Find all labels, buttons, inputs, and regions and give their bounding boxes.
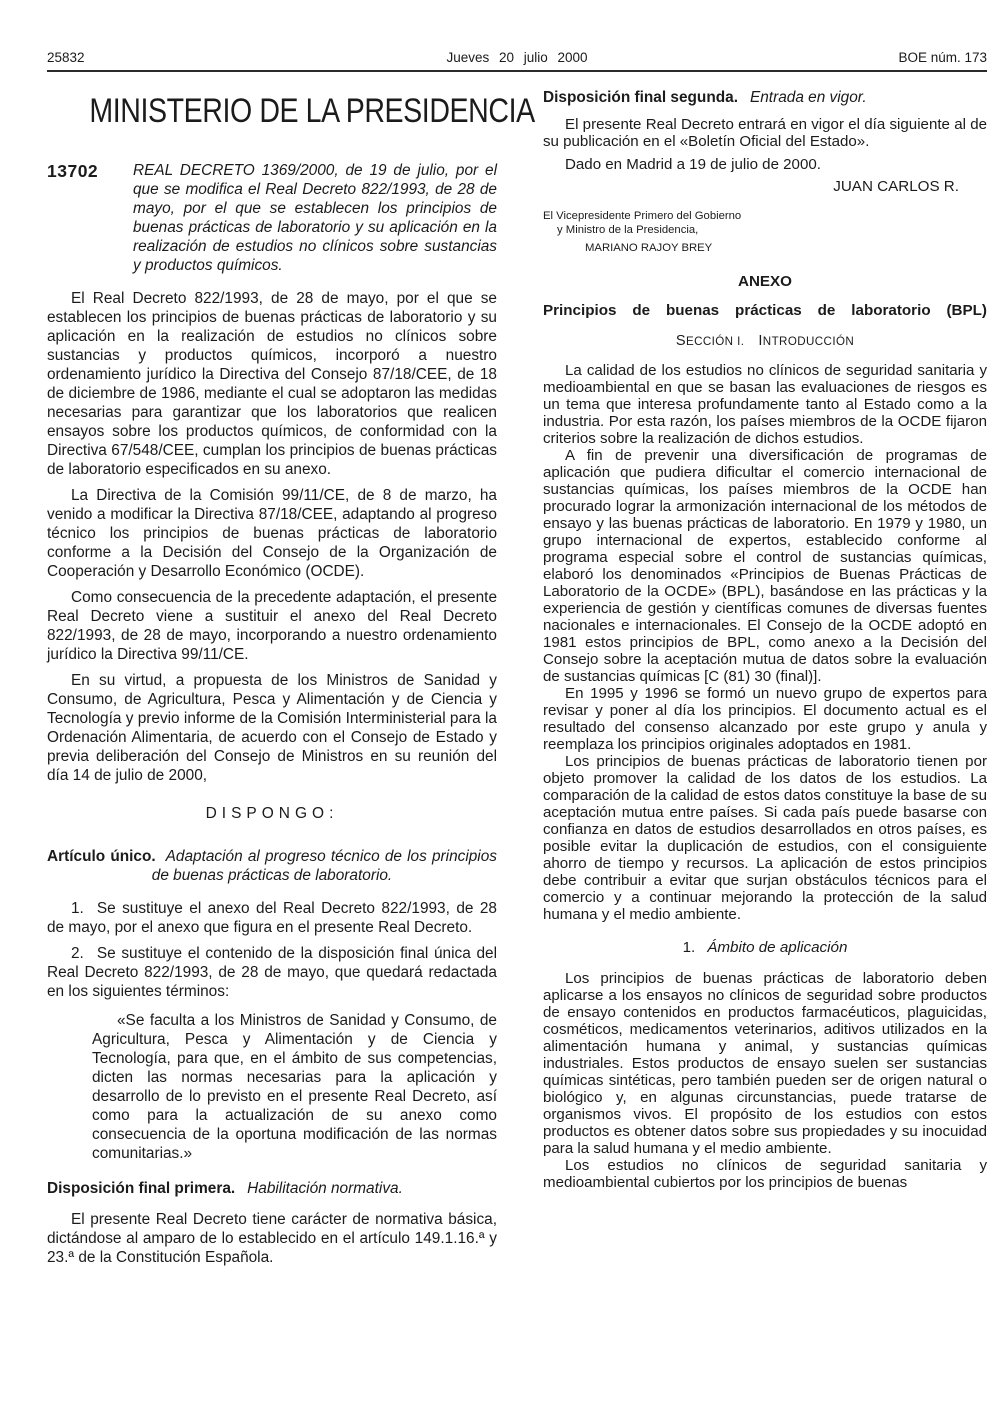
page-number: 25832 xyxy=(47,50,247,65)
countersignature-block: El Vicepresidente Primero del Gobierno y… xyxy=(543,209,987,255)
signer-role-line1: El Vicepresidente Primero del Gobierno xyxy=(543,209,987,223)
paragraph: Dado en Madrid a 19 de julio de 2000. xyxy=(543,156,987,173)
paragraph: Como consecuencia de la precedente adapt… xyxy=(47,588,497,664)
subsection-heading: 1.Ámbito de aplicación xyxy=(543,939,987,956)
subsection-number: 1. xyxy=(683,939,696,956)
ministry-title: MINISTERIO DE LA PRESIDENCIA xyxy=(47,92,497,131)
decree-title: REAL DECRETO 1369/2000, de 19 de julio, … xyxy=(133,161,497,275)
left-column: MINISTERIO DE LA PRESIDENCIA 13702 REAL … xyxy=(47,88,497,1267)
disposicion-label: Disposición final primera. xyxy=(47,1180,235,1197)
item-number: 1. xyxy=(71,900,84,917)
ministry-title-text: MINISTERIO DE LA PRESIDENCIA xyxy=(89,92,534,131)
numbered-paragraph: 1.Se sustituye el anexo del Real Decreto… xyxy=(47,899,497,937)
subsection-title: Ámbito de aplicación xyxy=(707,939,847,956)
header-rule xyxy=(47,70,987,72)
decree-heading: 13702 REAL DECRETO 1369/2000, de 19 de j… xyxy=(47,161,497,275)
signer-name: MARIANO RAJOY BREY xyxy=(543,241,987,255)
section-title: INTRODUCCIÓN xyxy=(758,333,854,349)
item-text: Se sustituye el anexo del Real Decreto 8… xyxy=(47,900,497,936)
paragraph: El presente Real Decreto tiene carácter … xyxy=(47,1210,497,1267)
boe-gazette-page: 25832 Jueves 20 julio 2000 BOE núm. 173 … xyxy=(0,0,1000,1417)
numbered-paragraph: 2.Se sustituye el contenido de la dispos… xyxy=(47,944,497,1001)
signer-role-line2: y Ministro de la Presidencia, xyxy=(543,223,987,237)
anexo-title: Principios de buenas prácticas de labora… xyxy=(543,302,987,319)
paragraph: La calidad de los estudios no clínicos d… xyxy=(543,362,987,447)
paragraph: En su virtud, a propuesta de los Ministr… xyxy=(47,671,497,785)
disposicion-final-primera-heading: Disposición final primera.Habilitación n… xyxy=(47,1179,497,1198)
disposicion-label: Disposición final segunda. xyxy=(543,89,738,106)
section-heading: SECCIÓN I.INTRODUCCIÓN xyxy=(543,333,987,349)
articulo-label: Artículo único. xyxy=(47,848,156,865)
articulo-unico-heading: Artículo único.Adaptación al progreso té… xyxy=(47,847,497,885)
royal-signature: JUAN CARLOS R. xyxy=(543,178,987,195)
paragraph: Los estudios no clínicos de seguridad sa… xyxy=(543,1157,987,1191)
right-column: Disposición final segunda.Entrada en vig… xyxy=(543,88,987,1267)
paragraph: El Real Decreto 822/1993, de 28 de mayo,… xyxy=(47,289,497,479)
paragraph: La Directiva de la Comisión 99/11/CE, de… xyxy=(47,486,497,581)
page-header: 25832 Jueves 20 julio 2000 BOE núm. 173 xyxy=(47,50,987,70)
paragraph: El presente Real Decreto entrará en vigo… xyxy=(543,116,987,150)
dispongo-heading: DISPONGO: xyxy=(47,805,497,823)
paragraph: Los principios de buenas prácticas de la… xyxy=(543,753,987,923)
paragraph: A fin de prevenir una diversificación de… xyxy=(543,447,987,685)
quoted-provision: «Se faculta a los Ministros de Sanidad y… xyxy=(92,1011,497,1163)
disposicion-final-segunda-heading: Disposición final segunda.Entrada en vig… xyxy=(543,88,987,107)
disposicion-title: Habilitación normativa. xyxy=(247,1180,403,1197)
paragraph: En 1995 y 1996 se formó un nuevo grupo d… xyxy=(543,685,987,753)
two-column-body: MINISTERIO DE LA PRESIDENCIA 13702 REAL … xyxy=(47,88,987,1267)
decree-item-number: 13702 xyxy=(47,161,133,275)
articulo-title: Adaptación al progreso técnico de los pr… xyxy=(152,848,497,884)
paragraph: Los principios de buenas prácticas de la… xyxy=(543,970,987,1157)
section-label: SECCIÓN I. xyxy=(676,333,745,349)
anexo-heading: ANEXO xyxy=(543,273,987,290)
header-date: Jueves 20 julio 2000 xyxy=(247,50,787,65)
item-text: Se sustituye el contenido de la disposic… xyxy=(47,945,497,1000)
item-number: 2. xyxy=(71,945,84,962)
header-issue-number: BOE núm. 173 xyxy=(787,50,987,65)
disposicion-title: Entrada en vigor. xyxy=(750,89,867,106)
